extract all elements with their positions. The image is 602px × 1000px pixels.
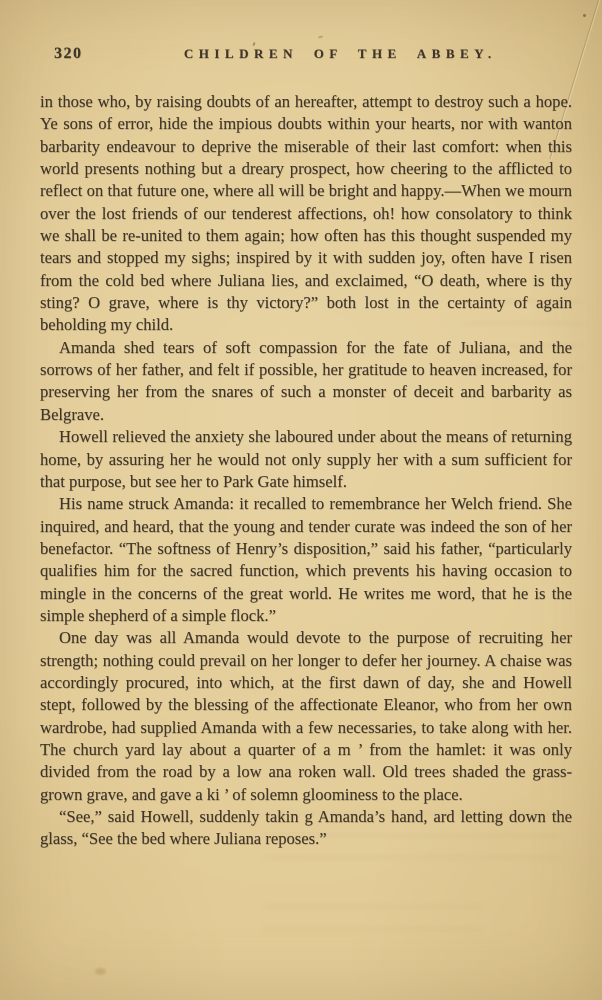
ink-speck [583, 14, 586, 17]
paper-blemish [318, 35, 323, 38]
paragraph: Howell relieved the anxiety she laboured… [40, 426, 572, 493]
show-through-text [262, 905, 482, 945]
paragraph: One day was all Amanda would devote to t… [40, 627, 572, 806]
paragraph: “See,” said Howell, suddenly takin g Ama… [40, 806, 572, 851]
paragraph: in those who, by raising doubts of an he… [40, 91, 572, 337]
page-header: 320 CHILDREN OF THE ABBEY. [40, 45, 572, 63]
paper-stain [95, 968, 106, 975]
page-number: 320 [40, 45, 83, 63]
paragraph: Amanda shed tears of soft compassion for… [40, 337, 572, 426]
running-title: CHILDREN OF THE ABBEY. [83, 46, 573, 62]
paragraph: His name struck Amanda: it recalled to r… [40, 493, 572, 627]
body-text: in those who, by raising doubts of an he… [40, 91, 572, 851]
book-page-scan: 320 CHILDREN OF THE ABBEY. in those who,… [0, 0, 602, 1000]
